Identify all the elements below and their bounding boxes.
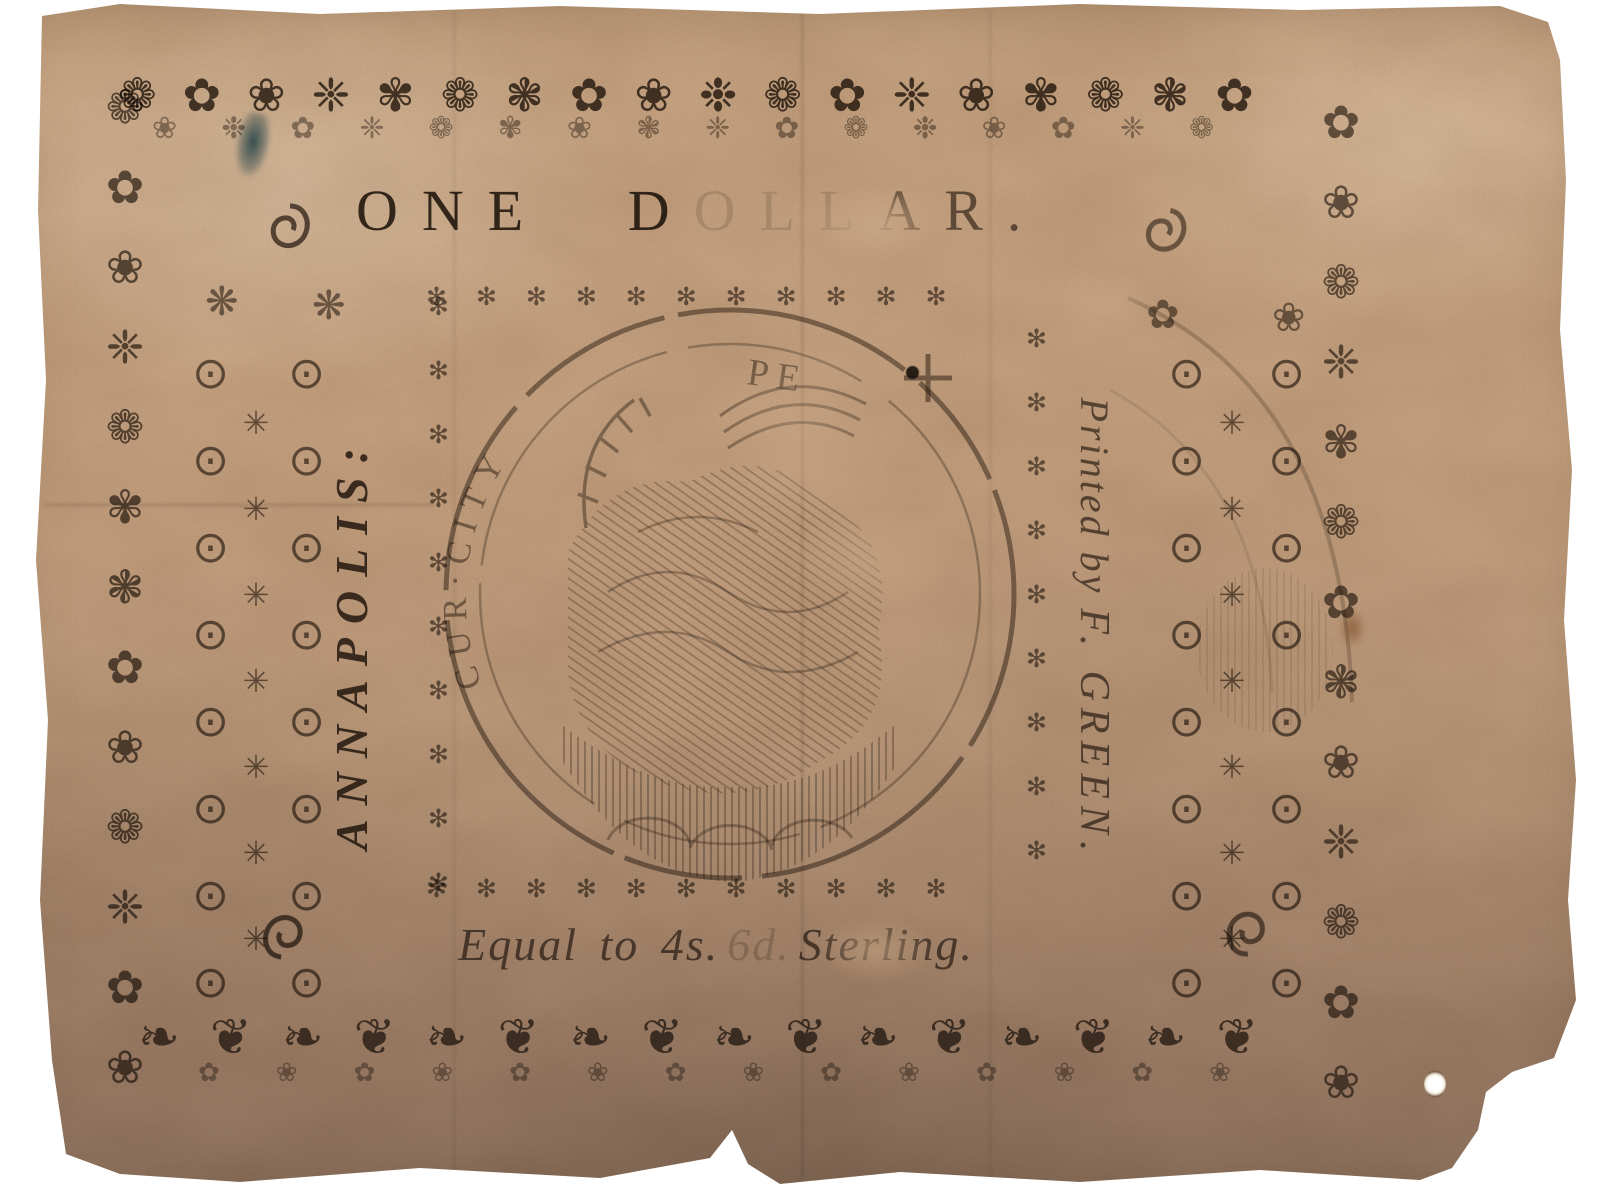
- bottom-border-fleurons-small-icon: ✿❀✿❀✿❀✿❀✿❀✿❀✿❀: [198, 1060, 1287, 1086]
- heading-part-faded: OLL: [694, 178, 879, 243]
- brown-foxing-spot: [1338, 608, 1366, 648]
- black-ink-dot: [906, 366, 919, 379]
- spiral-ornament-icon: [252, 903, 313, 970]
- spiral-ornament-icon: [1215, 900, 1276, 967]
- denomination-heading: ONE DOLLAR.: [356, 182, 1045, 240]
- snowflake-ornament-icon: ❋: [312, 286, 346, 326]
- pin-hole: [1424, 1070, 1446, 1098]
- scan-background: ❁✿❀❈✾❁❃✿❀❉❁✿❈❀✾❁❃✿ ❀❉✿❈❁✾❀❃❈✿❁❉❀✿❈❁ ❧❦❧❦…: [0, 0, 1600, 1197]
- heading-part-mid: AR.: [878, 178, 1045, 243]
- circle-dot-column-left-outer-icon: ⊙⊙⊙⊙⊙⊙⊙⊙: [188, 348, 232, 1044]
- snowflake-ornament-icon: ❋: [205, 282, 239, 322]
- value-part-faded: 6d.: [727, 919, 791, 970]
- spiral-ornament-icon: [1132, 195, 1200, 267]
- seal-arc-top-text: PE: [745, 351, 811, 401]
- left-border-fleurons-icon: ❁✿❀❈❁✾❃✿❀❁❈✿❀: [102, 80, 148, 1120]
- seal-arc-left-text: CUR·CITY: [437, 441, 517, 694]
- spiral-ornament-icon: [262, 196, 318, 258]
- top-border-fleurons-small-icon: ❀❉✿❈❁✾❀❃❈✿❁❉❀✿❈❁: [152, 114, 1258, 144]
- city-seal-stamp: CUR·CITY PE: [428, 292, 1032, 896]
- value-part-left: Equal to 4s.: [458, 919, 719, 970]
- seal-arms-figure: [568, 466, 882, 793]
- value-equivalence-text: Equal to 4s.6d.Sterling.: [458, 922, 974, 968]
- svg-text:CUR·CITY: CUR·CITY: [437, 441, 517, 694]
- value-part-right: Sterling.: [799, 919, 974, 970]
- banknote-paper: ❁✿❀❈✾❁❃✿❀❉❁✿❈❀✾❁❃✿ ❀❉✿❈❁✾❀❃❈✿❁❉❀✿❈❁ ❧❦❧❦…: [0, 0, 1600, 1197]
- annapolis-vertical-text: ANNAPOLIS:: [329, 434, 375, 850]
- seal-ghost-impression: [1050, 270, 1410, 740]
- heading-part-strong: ONE D: [356, 178, 694, 243]
